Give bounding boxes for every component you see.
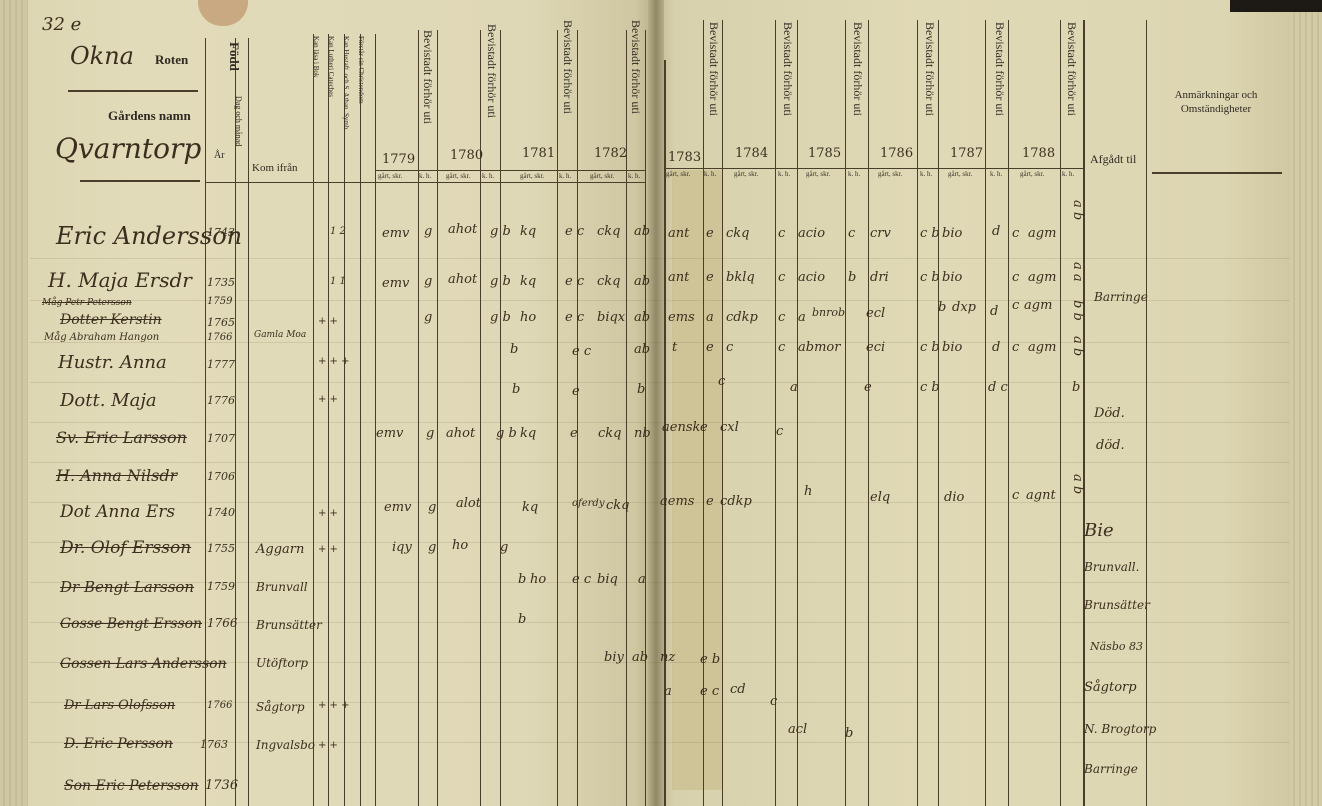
header-ar: År — [214, 150, 225, 161]
person-name: Dot Anna Ers — [60, 502, 175, 522]
moved-to: död. — [1096, 438, 1125, 453]
header-kom-ifran: Kom ifrån — [252, 162, 298, 174]
person-from: Gamla Moa — [254, 330, 306, 340]
right-page-edges — [1290, 10, 1322, 806]
person-born: 1743 — [207, 226, 235, 239]
person-born: 1736 — [205, 778, 238, 793]
year-1782: 1782 — [594, 146, 627, 161]
person-born: 1755 — [207, 542, 235, 555]
moved-to: N. Brogtorp — [1084, 722, 1156, 736]
header-afgadt: Afgådt til — [1090, 152, 1136, 167]
rote-label: Roten — [155, 52, 188, 68]
person-name: Måg Petr Petersson — [42, 298, 132, 308]
year-1785: 1785 — [808, 146, 841, 161]
header-bevistadt-1779: Bevistadt förhör uti — [420, 30, 435, 124]
header-kan-hustaf: Kan Hustaft. och S. Athan. Symb. — [342, 36, 350, 131]
year-1784: 1784 — [735, 146, 768, 161]
header-kan-lasa: Kan läsa i Bok — [312, 36, 320, 77]
person-name: H. Anna Nilsdr — [56, 466, 177, 485]
right-page — [655, 0, 1322, 806]
person-from: Sågtorp — [256, 700, 305, 714]
year-1780: 1780 — [450, 148, 483, 163]
person-born: 1706 — [207, 470, 235, 483]
header-bevistadt-1788: Bevistadt förhör uti — [1064, 22, 1079, 116]
person-born: 1735 — [207, 276, 235, 289]
moved-to: Brunsätter — [1084, 598, 1150, 612]
moved-to: Brunvall. — [1084, 560, 1139, 574]
year-1779: 1779 — [382, 152, 415, 167]
header-kan-luther: Kan Lutheri Cateches — [327, 36, 335, 97]
person-name: Dr. Olof Ersson — [60, 538, 191, 558]
year-1783: 1783 — [668, 150, 701, 165]
header-bevistadt-1780: Bevistadt förhör uti — [484, 24, 499, 118]
left-page-edges — [0, 0, 28, 806]
person-name: Måg Abraham Hangon — [44, 332, 159, 343]
person-from: Aggarn — [256, 542, 304, 557]
header-fodd: Född — [226, 42, 242, 71]
header-bevistadt-1781: Bevistadt förhör uti — [560, 20, 575, 114]
person-name: Son Eric Petersson — [64, 778, 199, 794]
header-bevistadt-1784: Bevistadt förhör uti — [780, 22, 795, 116]
header-forstar: Förstår sin Christendom — [357, 36, 365, 104]
moved-to: Barringe — [1094, 290, 1148, 304]
header-bevistadt-1785: Bevistadt förhör uti — [850, 22, 865, 116]
person-born: 1766 — [207, 616, 238, 630]
person-name: D. Eric Persson — [64, 736, 173, 752]
person-born: 1740 — [207, 506, 235, 519]
person-name: Dr Bengt Larsson — [60, 578, 194, 596]
header-bevistadt-1787: Bevistadt förhör uti — [992, 22, 1007, 116]
person-born: 1763 — [200, 738, 228, 751]
open-ledger-book: 32 e Okna Roten Gårdens namn Qvarntorp F… — [0, 0, 1322, 806]
year-1788: 1788 — [1022, 146, 1055, 161]
person-from: Utöftorp — [256, 656, 308, 670]
person-from: Brunsätter — [256, 618, 322, 632]
header-bevistadt-1783: Bevistadt förhör uti — [706, 22, 721, 116]
moved-to: Näsbo 83 — [1090, 640, 1143, 653]
person-name: Dott. Maja — [60, 390, 157, 411]
person-name: H. Maja Ersdr — [48, 268, 192, 292]
header-bevistadt-1782: Bevistadt förhör uti — [628, 20, 643, 114]
person-name: Sv. Eric Larsson — [56, 428, 187, 447]
person-born: 1766 — [207, 700, 232, 711]
person-name: Gossen Lars Andersson — [60, 656, 227, 672]
book-gutter — [648, 0, 664, 806]
year-1787: 1787 — [950, 146, 983, 161]
page-number: 32 e — [42, 14, 81, 35]
moved-to: Sågtorp — [1084, 680, 1137, 695]
year-1781: 1781 — [522, 146, 555, 161]
person-born: 1766 — [207, 332, 232, 343]
person-name: Dotter Kerstin — [60, 312, 162, 328]
header-dag-manad: Dag och månad — [234, 96, 243, 146]
person-name: Dr Lars Olofsson — [64, 698, 175, 713]
farm-name: Qvarntorp — [55, 132, 201, 165]
moved-to: Död. — [1094, 406, 1125, 421]
person-born: 1707 — [207, 432, 235, 445]
person-name: Hustr. Anna — [58, 352, 167, 373]
background-edge — [1230, 0, 1322, 12]
person-name: Gosse Bengt Ersson — [60, 616, 202, 632]
person-born: 1776 — [207, 394, 235, 407]
person-from: Ingvalsbo — [256, 738, 315, 752]
person-born: 1765 — [207, 316, 235, 329]
header-bevistadt-1786: Bevistadt förhör uti — [922, 22, 937, 116]
person-from: Brunvall — [256, 580, 308, 594]
year-1786: 1786 — [880, 146, 913, 161]
moved-to: Barringe — [1084, 762, 1138, 776]
rote-name: Okna — [70, 42, 134, 70]
header-anmarkningar: Anmärkningar och Omständigheter — [1156, 88, 1276, 116]
person-born: 1777 — [207, 358, 235, 371]
person-born: 1759 — [207, 296, 232, 307]
farm-label: Gårdens namn — [108, 108, 191, 124]
person-born: 1759 — [207, 580, 235, 593]
moved-to: Bie — [1084, 520, 1114, 541]
